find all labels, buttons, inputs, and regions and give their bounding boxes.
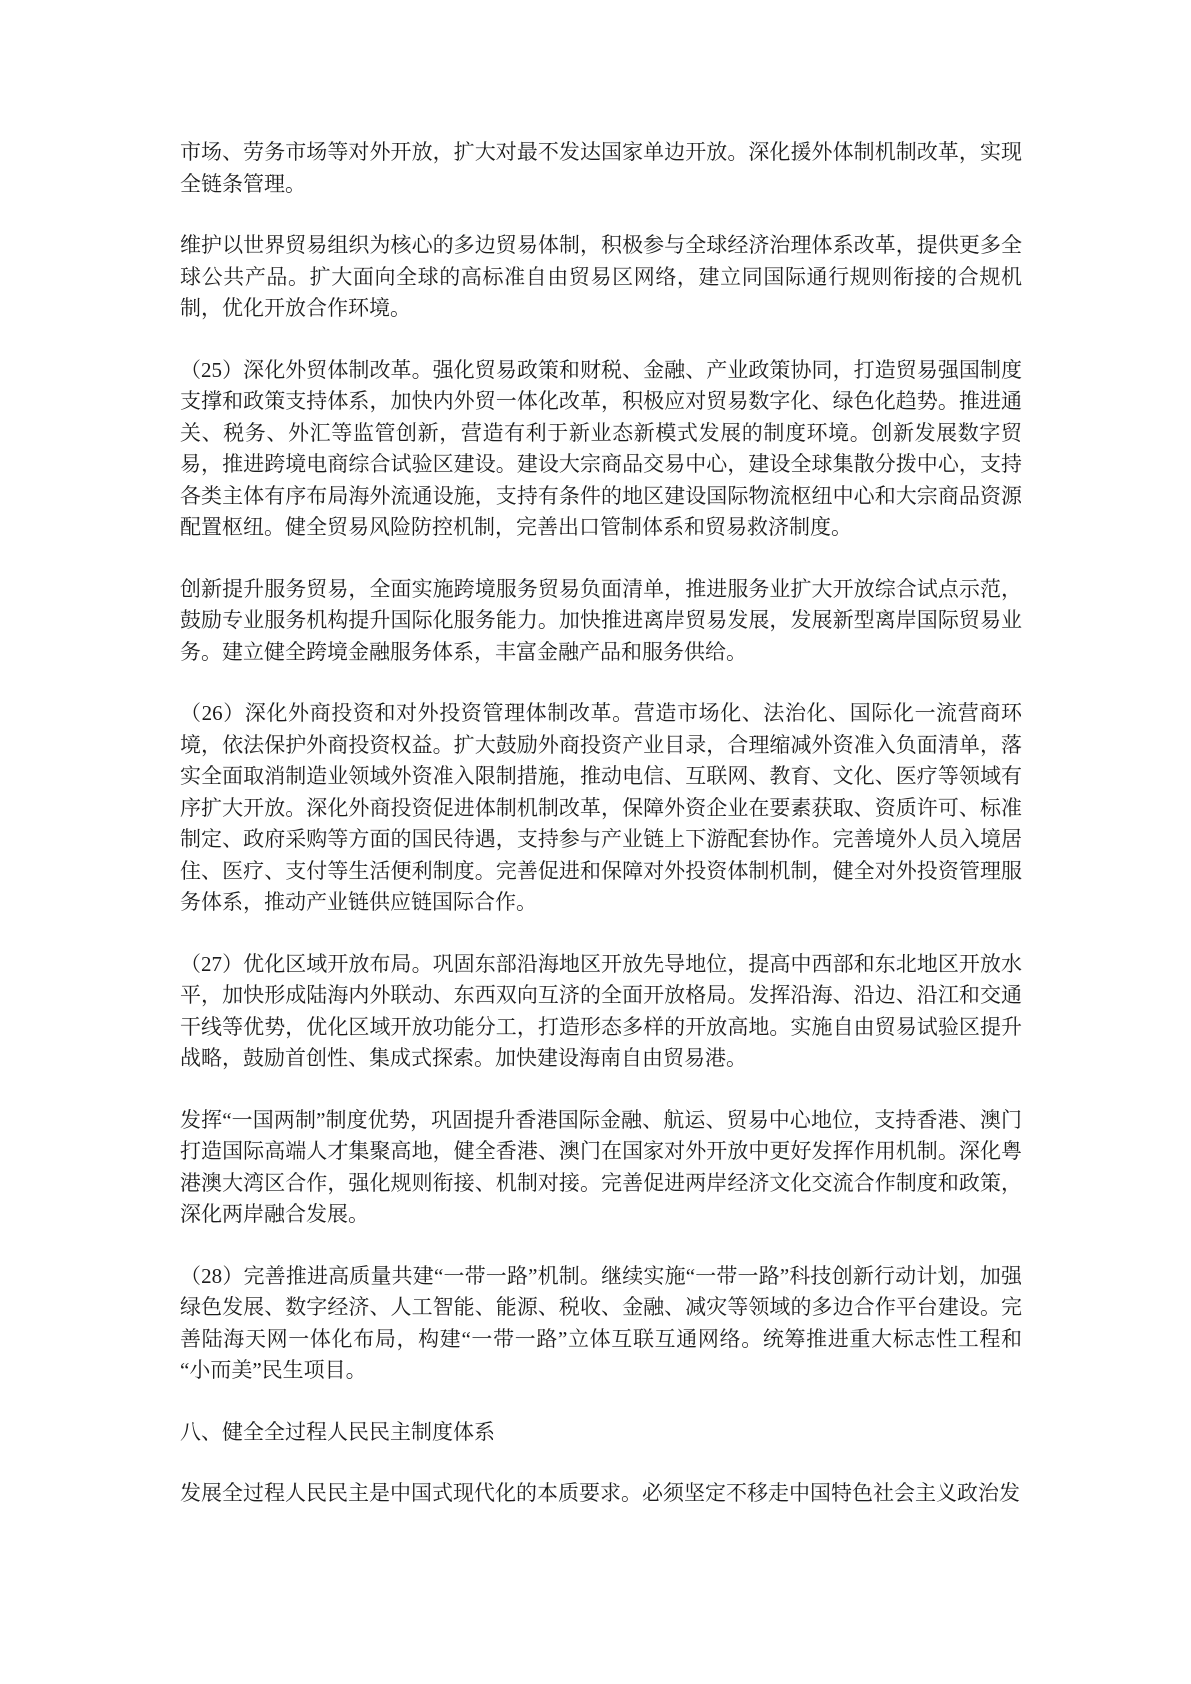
text-column: 市场、劳务市场等对外开放，扩大对最不发达国家单边开放。深化援外体制机制改革，实现…: [180, 137, 1022, 1510]
section-heading-eight: 八、健全全过程人民民主制度体系: [180, 1417, 1022, 1449]
paragraph-market-opening: 市场、劳务市场等对外开放，扩大对最不发达国家单边开放。深化援外体制机制改革，实现…: [180, 137, 1022, 200]
paragraph-item-28-belt-and-road: （28）完善推进高质量共建“一带一路”机制。继续实施“一带一路”科技创新行动计划…: [180, 1261, 1022, 1387]
paragraph-one-country-two-systems: 发挥“一国两制”制度优势，巩固提升香港国际金融、航运、贸易中心地位，支持香港、澳…: [180, 1105, 1022, 1231]
paragraph-wto-multilateral: 维护以世界贸易组织为核心的多边贸易体制，积极参与全球经济治理体系改革，提供更多全…: [180, 230, 1022, 325]
paragraph-whole-process-democracy: 发展全过程人民民主是中国式现代化的本质要求。必须坚定不移走中国特色社会主义政治发: [180, 1478, 1022, 1510]
document-page: 市场、劳务市场等对外开放，扩大对最不发达国家单边开放。深化援外体制机制改革，实现…: [0, 0, 1191, 1684]
paragraph-item-27-regional-opening: （27）优化区域开放布局。巩固东部沿海地区开放先导地位，提高中西部和东北地区开放…: [180, 949, 1022, 1075]
paragraph-item-26-foreign-investment-reform: （26）深化外商投资和对外投资管理体制改革。营造市场化、法治化、国际化一流营商环…: [180, 698, 1022, 919]
paragraph-services-trade: 创新提升服务贸易，全面实施跨境服务贸易负面清单，推进服务业扩大开放综合试点示范，…: [180, 574, 1022, 669]
paragraph-item-25-foreign-trade-reform: （25）深化外贸体制改革。强化贸易政策和财税、金融、产业政策协同，打造贸易强国制…: [180, 355, 1022, 544]
